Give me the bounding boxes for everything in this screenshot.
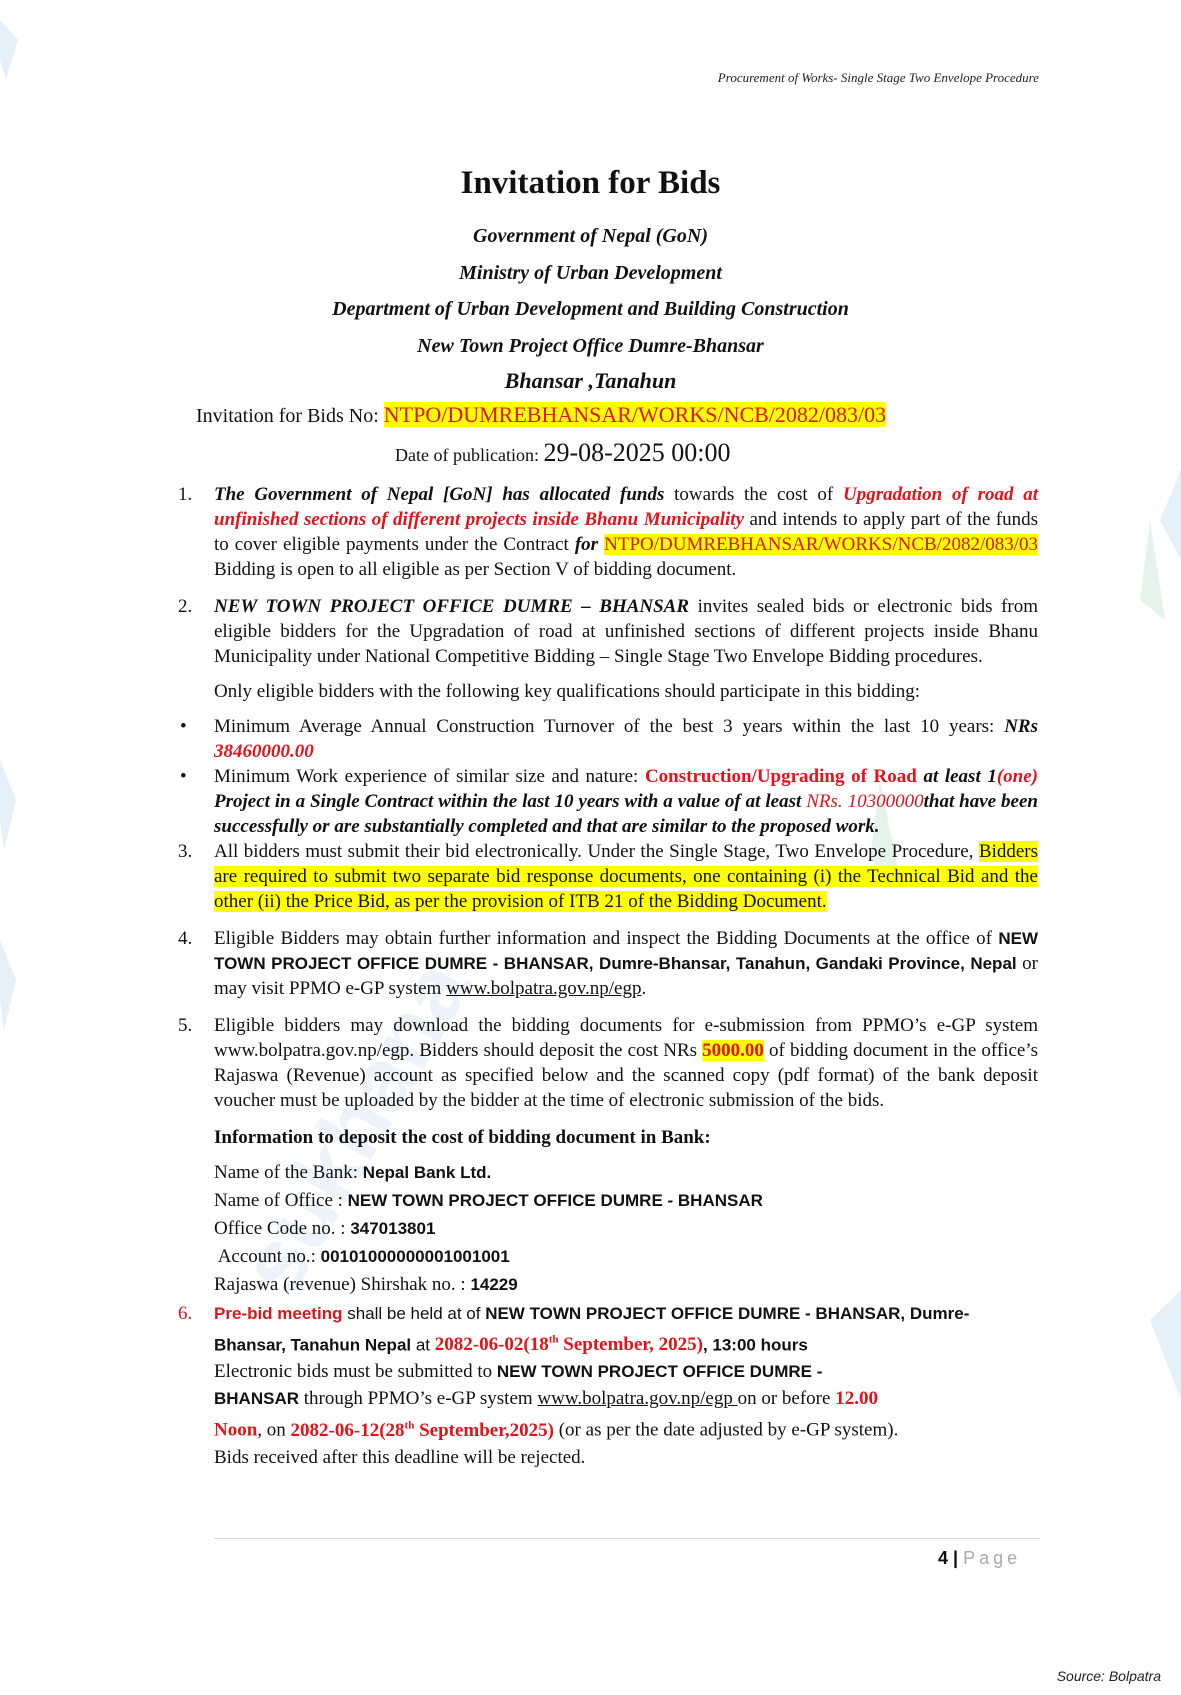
office-name: NEW TOWN PROJECT OFFICE DUMRE – BHANSAR: [214, 596, 689, 617]
text: (one): [997, 766, 1038, 787]
text: th: [549, 1334, 559, 1346]
publication-value: 29-08-2025 00:00: [543, 438, 730, 467]
subtitle-office: New Town Project Office Dumre-Bhansar: [0, 335, 1181, 358]
qualification-experience: Minimum Work experience of similar size …: [178, 764, 1038, 839]
page-label: Page: [963, 1548, 1021, 1568]
bank-row: Name of Office : NEW TOWN PROJECT OFFICE…: [214, 1188, 1038, 1216]
text: on or before: [738, 1388, 836, 1409]
egp-link[interactable]: www.bolpatra.gov.np/egp: [537, 1388, 737, 1409]
bank-name: Nepal Bank Ltd.: [363, 1163, 491, 1182]
clause-number: 3.: [178, 839, 192, 864]
text: Name of Office :: [214, 1190, 348, 1211]
subtitle-location: Bhansar ,Tanahun: [0, 368, 1181, 394]
bank-row: Name of the Bank: Nepal Bank Ltd.: [214, 1160, 1038, 1188]
qualification-turnover: Minimum Average Annual Construction Turn…: [178, 714, 1038, 764]
clause-1-lead: The Government of Nepal [GoN] has alloca…: [214, 484, 664, 505]
text: towards the cost of: [664, 484, 843, 505]
text: Account no.:: [214, 1246, 321, 1267]
qualification-intro: Only eligible bidders with the following…: [214, 679, 1038, 704]
ifb-body: 1. The Government of Nepal [GoN] has all…: [178, 482, 1038, 1471]
office-code: 347013801: [350, 1219, 435, 1238]
page-number: 4 | Page: [938, 1548, 1021, 1569]
egp-link[interactable]: www.bolpatra.gov.np/egp: [446, 978, 641, 999]
clause-number: 5.: [178, 1013, 192, 1038]
source-credit: Source: Bolpatra: [1057, 1668, 1161, 1684]
clause-1: 1. The Government of Nepal [GoN] has all…: [178, 482, 1038, 582]
work-type: Construction/Upgrading of Road: [645, 766, 917, 787]
clause-4: 4. Eligible Bidders may obtain further i…: [178, 926, 1038, 1001]
text: Eligible Bidders may obtain further info…: [214, 928, 998, 949]
bank-row: Account no.: 00101000000001001001: [214, 1244, 1038, 1272]
text: shall be held at of: [342, 1304, 485, 1323]
publication-label: Date of publication:: [395, 445, 539, 465]
bank-info-heading: Information to deposit the cost of biddi…: [214, 1125, 1038, 1150]
text: through PPMO’s e-GP system: [299, 1388, 537, 1409]
shirshak-number: 14229: [470, 1275, 517, 1294]
bank-row: Office Code no. : 347013801: [214, 1216, 1038, 1244]
office-name: NEW TOWN PROJECT OFFICE DUMRE - BHANSAR: [348, 1191, 763, 1210]
clause-3: 3. All bidders must submit their bid ele…: [178, 839, 1038, 914]
ifb-number-ref: NTPO/DUMREBHANSAR/WORKS/NCB/2082/083/03: [604, 534, 1038, 555]
text: Office Code no. :: [214, 1218, 350, 1239]
ifb-number: NTPO/DUMREBHANSAR/WORKS/NCB/2082/083/03: [384, 402, 886, 427]
bank-row: Rajaswa (revenue) Shirshak no. : 14229: [214, 1272, 1038, 1300]
document-cost: 5000.00: [702, 1040, 764, 1061]
text: 2082-06-02(18: [435, 1334, 549, 1355]
text: at least 1: [917, 766, 997, 787]
subtitle-department: Department of Urban Development and Buil…: [0, 298, 1181, 321]
page-title: Invitation for Bids: [0, 165, 1181, 202]
text: Minimum Work experience of similar size …: [214, 766, 645, 787]
text: Minimum Average Annual Construction Turn…: [214, 716, 1004, 737]
clause-2: 2. NEW TOWN PROJECT OFFICE DUMRE – BHANS…: [178, 594, 1038, 839]
ifb-label: Invitation for Bids No:: [196, 405, 379, 427]
text: Project in a Single Contract within the …: [214, 791, 806, 812]
subtitle-ministry: Ministry of Urban Development: [0, 262, 1181, 285]
footer-divider: [214, 1538, 1040, 1539]
clause-number: 4.: [178, 926, 192, 951]
running-header: Procurement of Works- Single Stage Two E…: [718, 70, 1039, 86]
ifb-number-line: Invitation for Bids No: NTPO/DUMREBHANSA…: [196, 402, 886, 428]
prebid-label: Pre-bid meeting: [214, 1304, 342, 1323]
text: September, 2025): [559, 1334, 703, 1355]
submission-deadline: Electronic bids must be submitted to NEW…: [214, 1358, 904, 1470]
text: for: [575, 534, 598, 555]
text: |: [948, 1548, 963, 1568]
prebid-time: , 13:00 hours: [703, 1335, 808, 1354]
text: Name of the Bank:: [214, 1162, 363, 1183]
account-number: 00101000000001001001: [321, 1247, 510, 1266]
bank-info: Name of the Bank: Nepal Bank Ltd. Name o…: [214, 1160, 1038, 1300]
text: , on: [257, 1420, 290, 1441]
text: at: [411, 1335, 435, 1354]
text: NRs: [1004, 716, 1038, 737]
clause-6: 6. Pre-bid meeting shall be held at of N…: [178, 1300, 1038, 1471]
clause-5: 5. Eligible bidders may download the bid…: [178, 1013, 1038, 1300]
text: 2082-06-12(28: [291, 1420, 405, 1441]
text: .: [642, 978, 647, 999]
text: th: [405, 1419, 415, 1431]
text: Rajaswa (revenue) Shirshak no. :: [214, 1274, 470, 1295]
prebid-date: 2082-06-02(18th September, 2025): [435, 1334, 703, 1355]
text: Electronic bids must be submitted to: [214, 1361, 497, 1382]
experience-value: NRs. 10300000: [806, 791, 923, 812]
text: September,2025): [414, 1420, 554, 1441]
clause-number: 6.: [178, 1300, 192, 1327]
text: Bidding is open to all eligible as per S…: [214, 559, 736, 580]
publication-date-line: Date of publication: 29-08-2025 00:00: [395, 438, 731, 468]
turnover-amount: 38460000.00: [214, 741, 314, 762]
clause-number: 1.: [178, 482, 192, 507]
page-number-value: 4: [938, 1548, 948, 1568]
subtitle-gon: Government of Nepal (GoN): [0, 225, 1181, 248]
clause-number: 2.: [178, 594, 192, 619]
text: All bidders must submit their bid electr…: [214, 841, 979, 862]
deadline-date: 2082-06-12(28th September,2025): [291, 1420, 554, 1441]
